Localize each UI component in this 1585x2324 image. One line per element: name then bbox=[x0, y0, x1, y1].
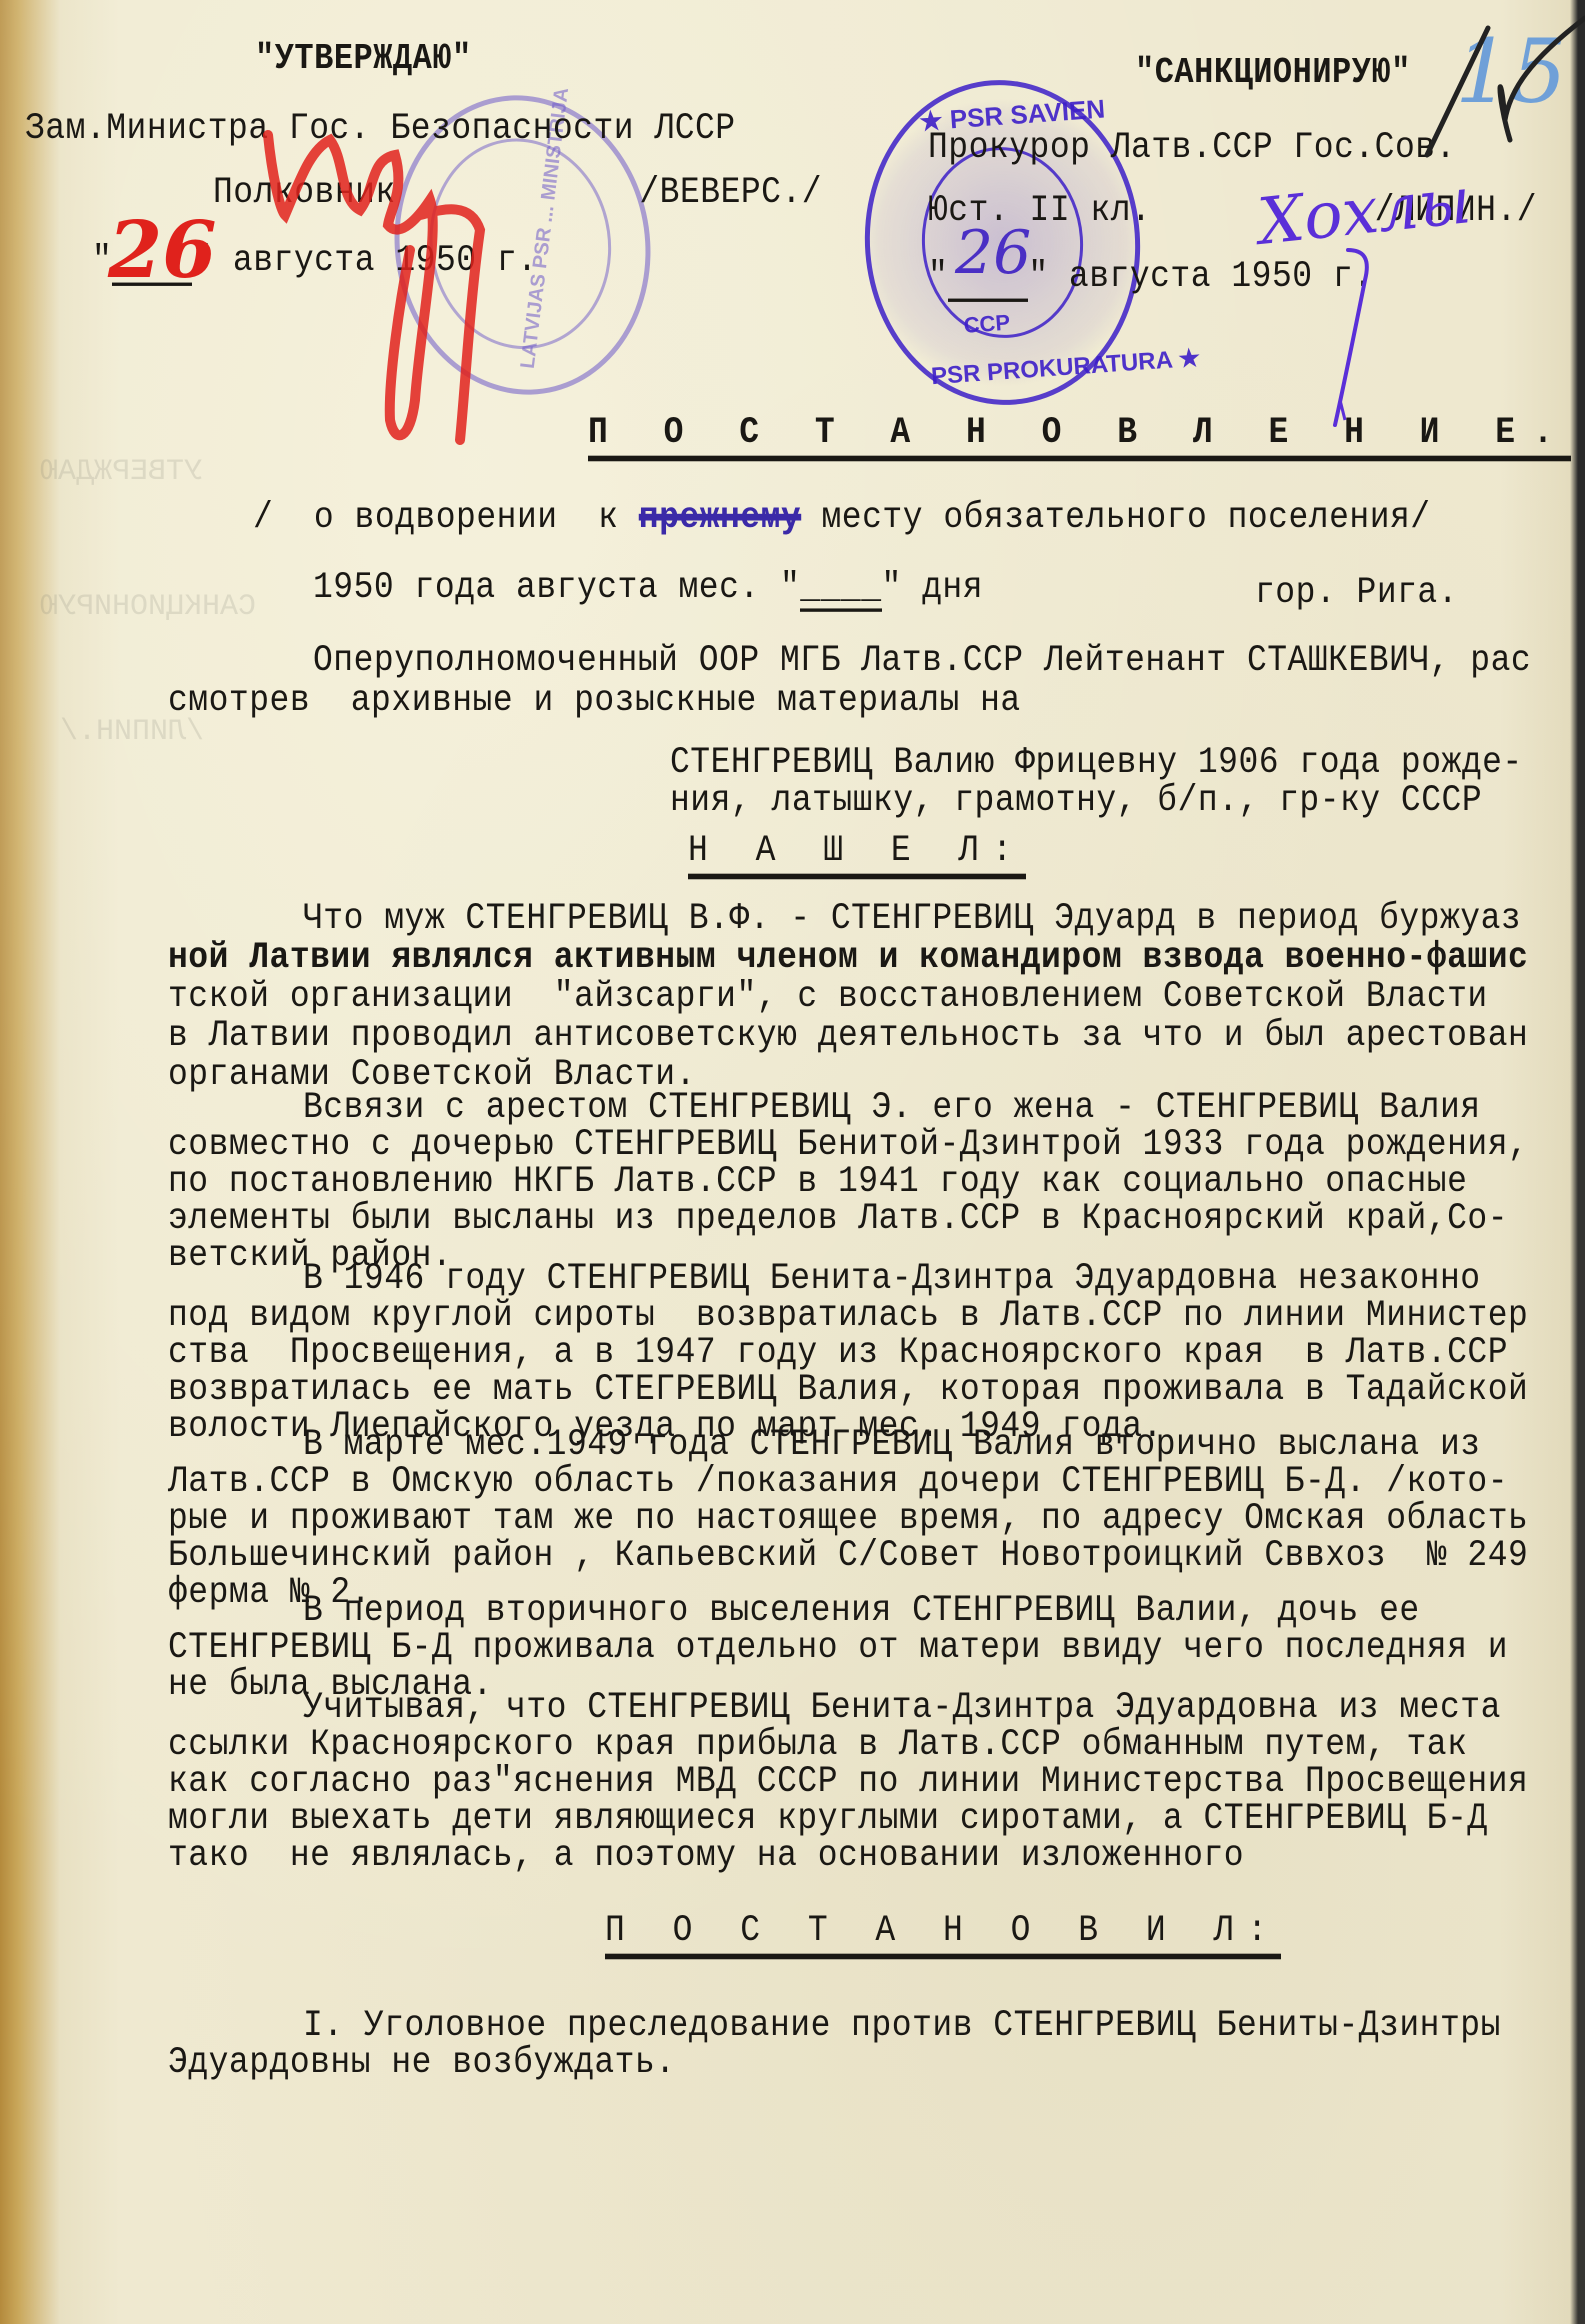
para1-line1: Что муж СТЕНГРЕВИЦ В.Ф. - СТЕНГРЕВИЦ Эду… bbox=[303, 898, 1521, 941]
date-line-city: гор. Рига. bbox=[1255, 572, 1458, 615]
para1-line2: ной Латвии являлся активным членом и ком… bbox=[168, 937, 1528, 980]
approval-left-position: Зам.Министра Гос. Безопасности ЛССР bbox=[25, 108, 736, 151]
approval-left-header: "УТВЕРЖДАЮ" bbox=[255, 38, 472, 81]
para1-line3: тской организации "айзсарги", с восстано… bbox=[168, 976, 1488, 1019]
para4-line4: Большечинский район , Капьевский С/Совет… bbox=[168, 1535, 1528, 1578]
resolution-line-2: Эдуардовны не возбуждать. bbox=[168, 2042, 676, 2085]
date-line-right: " дня bbox=[882, 567, 984, 608]
approval-left-rank-name: Полковник /ВЕВЕРС./ bbox=[213, 172, 822, 215]
para6-line5: тако не являлась, а поэтому на основании… bbox=[168, 1835, 1244, 1878]
date-rest: " августа 1950 г. bbox=[1028, 256, 1373, 297]
document-title-text: П О С Т А Н О В Л Е Н И Е. bbox=[588, 412, 1571, 461]
approval-right-position: Прокурор Латв.ССР Гос.Сов. bbox=[928, 127, 1456, 170]
stamp-text-inner: ССР bbox=[963, 310, 1011, 339]
subject-line-1: СТЕНГРЕВИЦ Валию Фрицевну 1906 года рожд… bbox=[670, 742, 1523, 785]
document-subtitle: / о водворении к прежнему месту обязател… bbox=[253, 497, 1431, 540]
date-line-left: 1950 года августа мес. " bbox=[313, 567, 800, 608]
intro-line-2: смотрев архивные и розыскные материалы н… bbox=[168, 680, 1021, 723]
para1-line4: в Латвии проводил антисоветскую деятельн… bbox=[168, 1015, 1528, 1058]
document-page: УТВЕРЖДАЮ САНКЦИОНИРУЮ /ЛИПИН./ LATVIJAS… bbox=[0, 0, 1585, 2324]
resolved-heading-text: П О С Т А Н О В И Л: bbox=[605, 1910, 1281, 1959]
handwritten-day-left: 26 bbox=[108, 205, 217, 296]
subject-line-2: ния, латышку, грамотну, б/п., гр-ку СССР bbox=[670, 780, 1482, 823]
subtitle-struck-word: прежнему bbox=[639, 497, 801, 538]
handwritten-day-right: 26 bbox=[955, 218, 1031, 288]
intro-line-1: Оперуполномоченный ООР МГБ Латв.ССР Лейт… bbox=[313, 640, 1531, 683]
bleed-through-text: САНКЦИОНИРУЮ bbox=[40, 590, 256, 624]
bleed-through-text: УТВЕРЖДАЮ bbox=[40, 455, 202, 489]
handwritten-page-number: 15 bbox=[1455, 20, 1567, 123]
date-rest: " августа 1950 г. bbox=[192, 240, 537, 281]
stamp-text-bottom: PSR PROKURATURA ★ bbox=[930, 344, 1201, 392]
approval-right-header: "САНКЦИОНИРУЮ" bbox=[1135, 52, 1411, 95]
found-heading: Н А Ш Е Л: bbox=[688, 830, 1026, 873]
found-heading-text: Н А Ш Е Л: bbox=[688, 830, 1026, 879]
document-title: П О С Т А Н О В Л Е Н И Е. bbox=[588, 412, 1571, 455]
date-line: 1950 года августа мес. "____" дня bbox=[313, 567, 983, 610]
handwritten-signature-right: Хохлы bbox=[1255, 164, 1475, 260]
subtitle-trail: месту обязательного поселения/ bbox=[801, 497, 1430, 538]
subtitle-lead: / о водворении к bbox=[253, 497, 639, 538]
quote: " bbox=[928, 256, 948, 297]
date-line-blank: ____ bbox=[800, 567, 881, 612]
resolved-heading: П О С Т А Н О В И Л: bbox=[605, 1910, 1281, 1953]
